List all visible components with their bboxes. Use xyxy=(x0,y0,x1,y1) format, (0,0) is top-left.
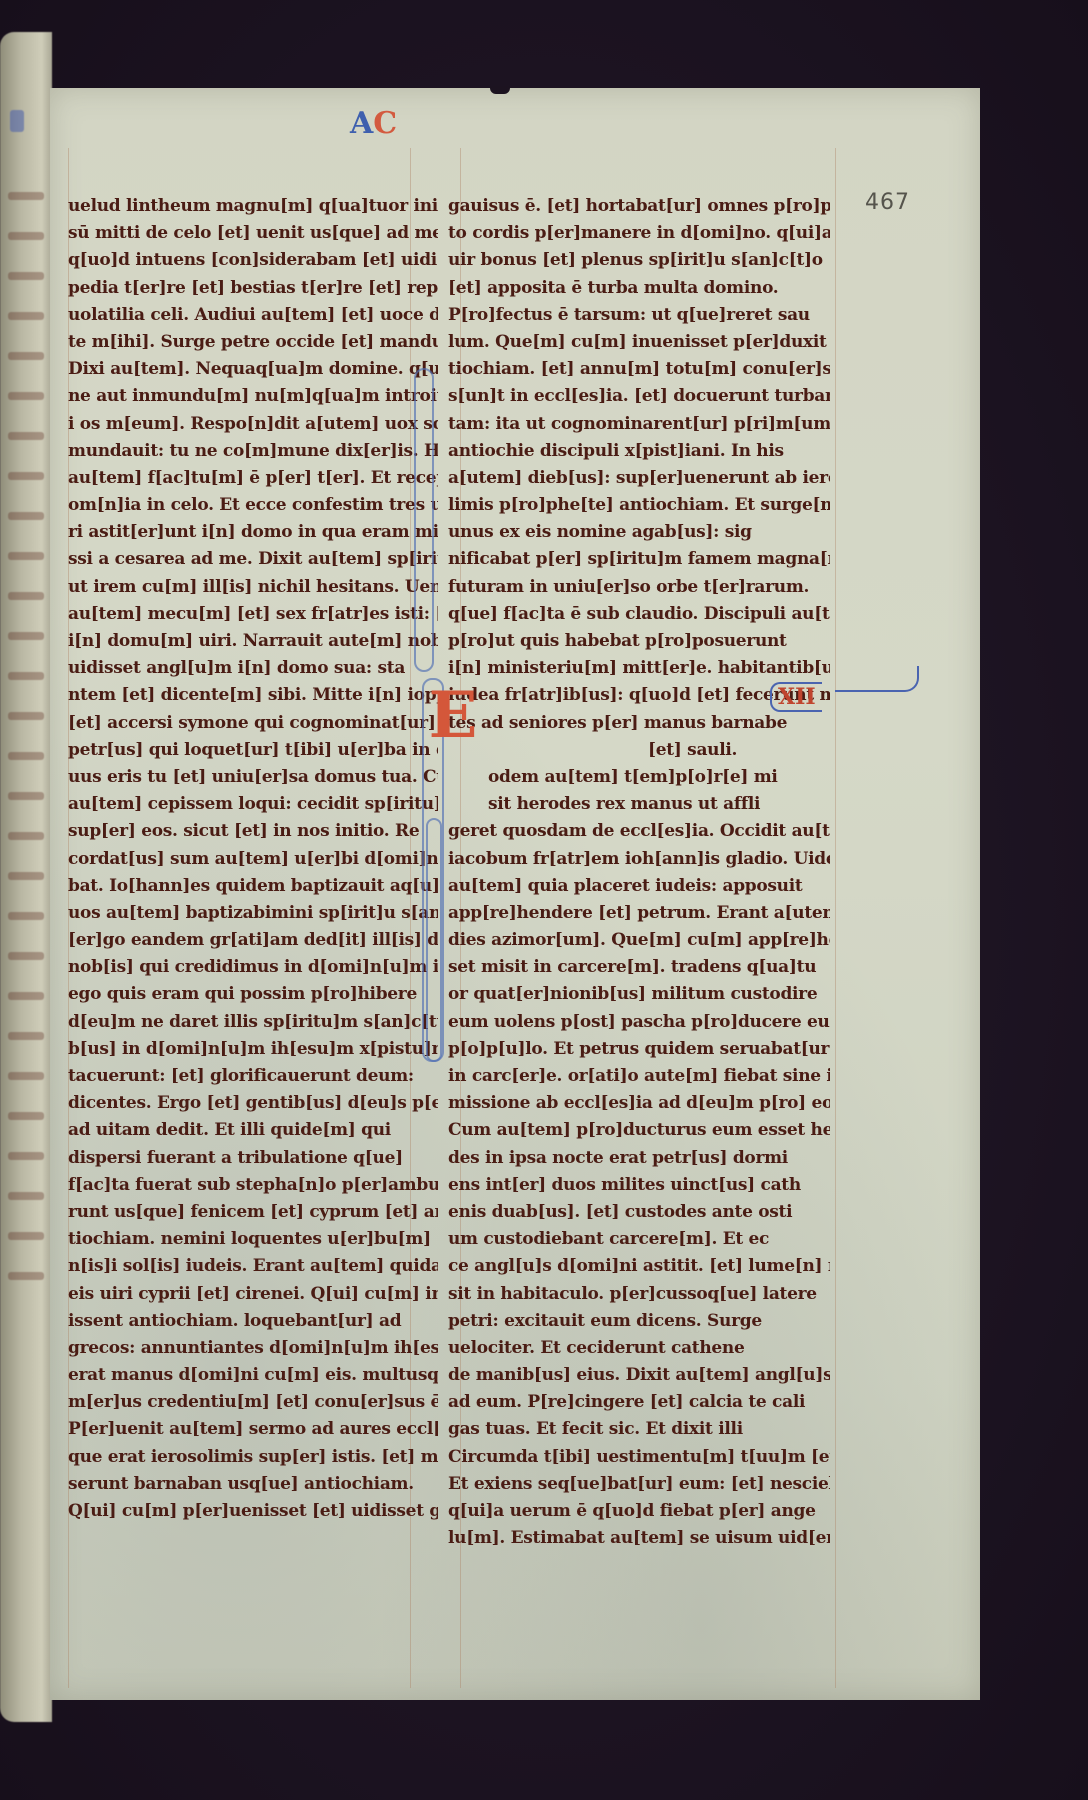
text-line: que erat ierosolimis sup[er] istis. [et]… xyxy=(68,1444,438,1471)
text-line: au[tem] f[ac]tu[m] ē p[er] t[er]. Et rec… xyxy=(68,465,438,492)
text-line: uelociter. Et ceciderunt cathene xyxy=(448,1335,830,1362)
text-line: de manib[us] eius. Dixit au[tem] angl[u]… xyxy=(448,1362,830,1389)
previous-page-text-blur xyxy=(8,592,44,600)
text-line: dicentes. Ergo [et] gentib[us] d[eu]s p[… xyxy=(68,1090,438,1117)
text-line: [er]go eandem gr[ati]am ded[it] ill[is] … xyxy=(68,927,438,954)
text-line: pedia t[er]re [et] bestias t[er]re [et] … xyxy=(68,275,438,302)
text-line: limis p[ro]phe[te] antiochiam. Et surge[… xyxy=(448,492,830,519)
text-line: dies azimor[um]. Que[m] cu[m] app[re]hen… xyxy=(448,927,830,954)
text-line: missione ab eccl[es]ia ad d[eu]m p[ro] e… xyxy=(448,1090,830,1117)
previous-page-text-blur xyxy=(8,472,44,480)
text-line: futuram in uniu[er]so orbe t[er]rarum. xyxy=(448,574,830,601)
folio-number: 467 xyxy=(865,190,910,215)
left-column: uelud lintheum magnu[m] q[ua]tuor initii… xyxy=(68,193,438,1525)
chapter-number-flourish xyxy=(835,666,919,692)
text-line: s[un]t in eccl[es]ia. [et] docuerunt tur… xyxy=(448,383,830,410)
text-line: ne aut inmundu[m] nu[m]q[ua]m introiuit xyxy=(68,383,438,410)
text-line: um custodiebant carcere[m]. Et ec xyxy=(448,1226,830,1253)
text-line: te m[ihi]. Surge petre occide [et] mandu… xyxy=(68,329,438,356)
text-line: i os m[eum]. Respo[n]dit a[utem] uox sc[… xyxy=(68,411,438,438)
text-line: ntem [et] dicente[m] sibi. Mitte i[n] io… xyxy=(68,682,438,709)
ruling-line xyxy=(835,148,836,1688)
text-line: au[tem] mecu[m] [et] sex fr[atr]es isti:… xyxy=(68,601,438,628)
previous-page-edge xyxy=(0,32,52,1722)
previous-page-text-blur xyxy=(8,832,44,840)
text-line: ut irem cu[m] ill[is] nichil hesitans. U… xyxy=(68,574,438,601)
manuscript-leaf: AC 467 uelud lintheum magnu[m] q[ua]tuor… xyxy=(50,88,980,1700)
text-line: om[n]ia in celo. Et ecce confestim tres … xyxy=(68,492,438,519)
previous-page-text-blur xyxy=(8,1192,44,1200)
text-line: issent antiochiam. loquebant[ur] ad xyxy=(68,1308,438,1335)
text-line: [et] accersi symone qui cognominat[ur] xyxy=(68,710,438,737)
previous-page-text-blur xyxy=(8,912,44,920)
previous-page-text-blur xyxy=(8,192,44,200)
previous-page-text-blur xyxy=(8,352,44,360)
text-line: tam: ita ut cognominarent[ur] p[ri]m[um] xyxy=(448,411,830,438)
text-line: erat manus d[omi]ni cu[m] eis. multusq[u… xyxy=(68,1362,438,1389)
previous-page-text-blur xyxy=(8,672,44,680)
text-line: mundauit: tu ne co[m]mune dix[er]is. Hoc xyxy=(68,438,438,465)
previous-page-text-blur xyxy=(8,272,44,280)
text-line: unus ex eis nomine agab[us]: sig xyxy=(448,519,830,546)
text-line: i[n] ministeriu[m] mitt[er]e. habitantib… xyxy=(448,655,830,682)
previous-page-text-blur xyxy=(8,312,44,320)
previous-page-text-blur xyxy=(8,392,44,400)
text-line: ens int[er] duos milites uinct[us] cath xyxy=(448,1172,830,1199)
previous-page-text-blur xyxy=(8,1072,44,1080)
running-head: AC xyxy=(350,106,397,141)
text-line: ad uitam dedit. Et illi quide[m] qui xyxy=(68,1117,438,1144)
text-line: d[eu]m ne daret illis sp[iritu]m s[an]c[… xyxy=(68,1009,438,1036)
text-line: uos au[tem] baptizabimini sp[irit]u s[an… xyxy=(68,900,438,927)
text-line: q[uo]d intuens [con]siderabam [et] uidi … xyxy=(68,247,438,274)
text-line: cordat[us] sum au[tem] u[er]bi d[omi]ni.… xyxy=(68,846,438,873)
previous-page-text-blur xyxy=(8,1032,44,1040)
text-line: sup[er] eos. sicut [et] in nos initio. R… xyxy=(68,818,438,845)
text-line: uus eris tu [et] uniu[er]sa domus tua. C… xyxy=(68,764,438,791)
text-line: b[us] in d[omi]n[u]m ih[esu]m x[pistu]m.… xyxy=(68,1036,438,1063)
text-line: uolatilia celi. Audiui au[tem] [et] uoce… xyxy=(68,302,438,329)
text-line: nificabat p[er] sp[iritu]m famem magna[m… xyxy=(448,546,830,573)
text-line: petri: excitauit eum dicens. Surge xyxy=(448,1308,830,1335)
text-line: to cordis p[er]manere in d[omi]no. q[ui]… xyxy=(448,220,830,247)
text-line: lu[m]. Estimabat au[tem] se uisum uid[er… xyxy=(448,1525,830,1552)
text-line: [et] sauli. xyxy=(448,737,830,764)
right-column: gauisus ē. [et] hortabat[ur] omnes p[ro]… xyxy=(448,193,830,1552)
text-line: petr[us] qui loquet[ur] t[ibi] u[er]ba i… xyxy=(68,737,438,764)
text-line: or quat[er]nionib[us] militum custodire xyxy=(448,981,830,1008)
previous-page-initial-mark xyxy=(10,110,24,132)
text-line: antiochie discipuli x[pist]iani. In his xyxy=(448,438,830,465)
text-line: f[ac]ta fuerat sub stepha[n]o p[er]ambul… xyxy=(68,1172,438,1199)
text-line: m[er]us credentiu[m] [et] conu[er]sus ē … xyxy=(68,1389,438,1416)
text-line: [et] apposita ē turba multa domino. xyxy=(448,275,830,302)
text-line: Circumda t[ibi] uestimentu[m] t[uu]m [et… xyxy=(448,1444,830,1471)
text-line: P[ro]fectus ē tarsum: ut q[ue]reret sau xyxy=(448,302,830,329)
previous-page-text-blur xyxy=(8,552,44,560)
text-line: sit herodes rex manus ut affli xyxy=(448,791,830,818)
text-line: geret quosdam de eccl[es]ia. Occidit au[… xyxy=(448,818,830,845)
text-line: dispersi fuerant a tribulatione q[ue] xyxy=(68,1145,438,1172)
text-line: sū mitti de celo [et] uenit us[que] ad m… xyxy=(68,220,438,247)
text-line: eis uiri cyprii [et] cirenei. Q[ui] cu[m… xyxy=(68,1281,438,1308)
text-line: q[ue] f[ac]ta ē sub claudio. Discipuli a… xyxy=(448,601,830,628)
text-line: Et exiens seq[ue]bat[ur] eum: [et] nesci… xyxy=(448,1471,830,1498)
text-line: uelud lintheum magnu[m] q[ua]tuor initii… xyxy=(68,193,438,220)
decorated-initial: E xyxy=(428,684,478,748)
text-line: runt us[que] fenicem [et] cyprum [et] an xyxy=(68,1199,438,1226)
previous-page-text-blur xyxy=(8,1112,44,1120)
text-line: p[ro]ut quis habebat p[ro]posuerunt xyxy=(448,628,830,655)
text-line: serunt barnaban usq[ue] antiochiam. xyxy=(68,1471,438,1498)
text-line: Q[ui] cu[m] p[er]uenisset [et] uidisset … xyxy=(68,1498,438,1525)
chapter-number: XII xyxy=(770,682,822,712)
text-line: Cum au[tem] p[ro]ducturus eum esset hero xyxy=(448,1117,830,1144)
text-line: ssi a cesarea ad me. Dixit au[tem] sp[ir… xyxy=(68,546,438,573)
text-line: tiochiam. nemini loquentes u[er]bu[m] xyxy=(68,1226,438,1253)
text-line: Dixi au[tem]. Nequaq[ua]m domine. q[ui]a… xyxy=(68,356,438,383)
text-line: n[is]i sol[is] iudeis. Erant au[tem] qui… xyxy=(68,1253,438,1280)
text-line: iacobum fr[atr]em ioh[ann]is gladio. Uid… xyxy=(448,846,830,873)
previous-page-text-blur xyxy=(8,432,44,440)
text-line: lum. Que[m] cu[m] inuenisset p[er]duxit … xyxy=(448,329,830,356)
text-line: eum uolens p[ost] pascha p[ro]ducere eum xyxy=(448,1009,830,1036)
previous-page-text-blur xyxy=(8,232,44,240)
text-line: des in ipsa nocte erat petr[us] dormi xyxy=(448,1145,830,1172)
running-head-red-letter: C xyxy=(373,106,397,141)
previous-page-text-blur xyxy=(8,992,44,1000)
text-line: i[n] domu[m] uiri. Narrauit aute[m] nob[… xyxy=(68,628,438,655)
text-line: bat. Io[hann]es quidem baptizauit aq[u]a… xyxy=(68,873,438,900)
previous-page-text-blur xyxy=(8,1232,44,1240)
text-line: uidisset angl[u]m i[n] domo sua: sta xyxy=(68,655,438,682)
text-line: sit in habitaculo. p[er]cussoq[ue] later… xyxy=(448,1281,830,1308)
previous-page-text-blur xyxy=(8,1152,44,1160)
text-line: ego quis eram qui possim p[ro]hibere xyxy=(68,981,438,1008)
text-line: nob[is] qui credidimus in d[omi]n[u]m ih… xyxy=(68,954,438,981)
text-line: ri astit[er]unt i[n] domo in qua eram mi xyxy=(68,519,438,546)
text-line: enis duab[us]. [et] custodes ante osti xyxy=(448,1199,830,1226)
text-line: au[tem] quia placeret iudeis: apposuit xyxy=(448,873,830,900)
text-line: tacuerunt: [et] glorificauerunt deum: xyxy=(68,1063,438,1090)
text-line: grecos: annuntiantes d[omi]n[u]m ih[esu]… xyxy=(68,1335,438,1362)
text-line: a[utem] dieb[us]: sup[er]uenerunt ab ier… xyxy=(448,465,830,492)
text-line: tiochiam. [et] annu[m] totu[m] conu[er]s… xyxy=(448,356,830,383)
text-line: gauisus ē. [et] hortabat[ur] omnes p[ro]… xyxy=(448,193,830,220)
text-line: odem au[tem] t[em]p[o]r[e] mi xyxy=(448,764,830,791)
previous-page-text-blur xyxy=(8,632,44,640)
text-line: uir bonus [et] plenus sp[irit]u s[an]c[t… xyxy=(448,247,830,274)
leaf-notch xyxy=(490,86,510,94)
previous-page-text-blur xyxy=(8,512,44,520)
text-line: au[tem] cepissem loqui: cecidit sp[iritu… xyxy=(68,791,438,818)
text-line: gas tuas. Et fecit sic. Et dixit illi xyxy=(448,1416,830,1443)
text-line: ce angl[u]s d[omi]ni astitit. [et] lume[… xyxy=(448,1253,830,1280)
penwork-flourish xyxy=(414,368,434,672)
text-line: app[re]hendere [et] petrum. Erant a[utem… xyxy=(448,900,830,927)
penwork-flourish xyxy=(426,818,442,1062)
previous-page-text-blur xyxy=(8,1272,44,1280)
text-line: set misit in carcere[m]. tradens q[ua]tu xyxy=(448,954,830,981)
running-head-blue-letter: A xyxy=(350,106,373,141)
previous-page-text-blur xyxy=(8,952,44,960)
text-line: in carc[er]e. or[ati]o aute[m] fiebat si… xyxy=(448,1063,830,1090)
previous-page-text-blur xyxy=(8,752,44,760)
text-line: p[o]p[u]lo. Et petrus quidem seruabat[ur… xyxy=(448,1036,830,1063)
previous-page-text-blur xyxy=(8,872,44,880)
previous-page-text-blur xyxy=(8,792,44,800)
text-line: P[er]uenit au[tem] sermo ad aures eccl[e… xyxy=(68,1416,438,1443)
text-line: tes ad seniores p[er] manus barnabe xyxy=(448,710,830,737)
text-line: ad eum. P[re]cingere [et] calcia te cali xyxy=(448,1389,830,1416)
text-line: q[ui]a uerum ē q[uo]d fiebat p[er] ange xyxy=(448,1498,830,1525)
previous-page-text-blur xyxy=(8,712,44,720)
